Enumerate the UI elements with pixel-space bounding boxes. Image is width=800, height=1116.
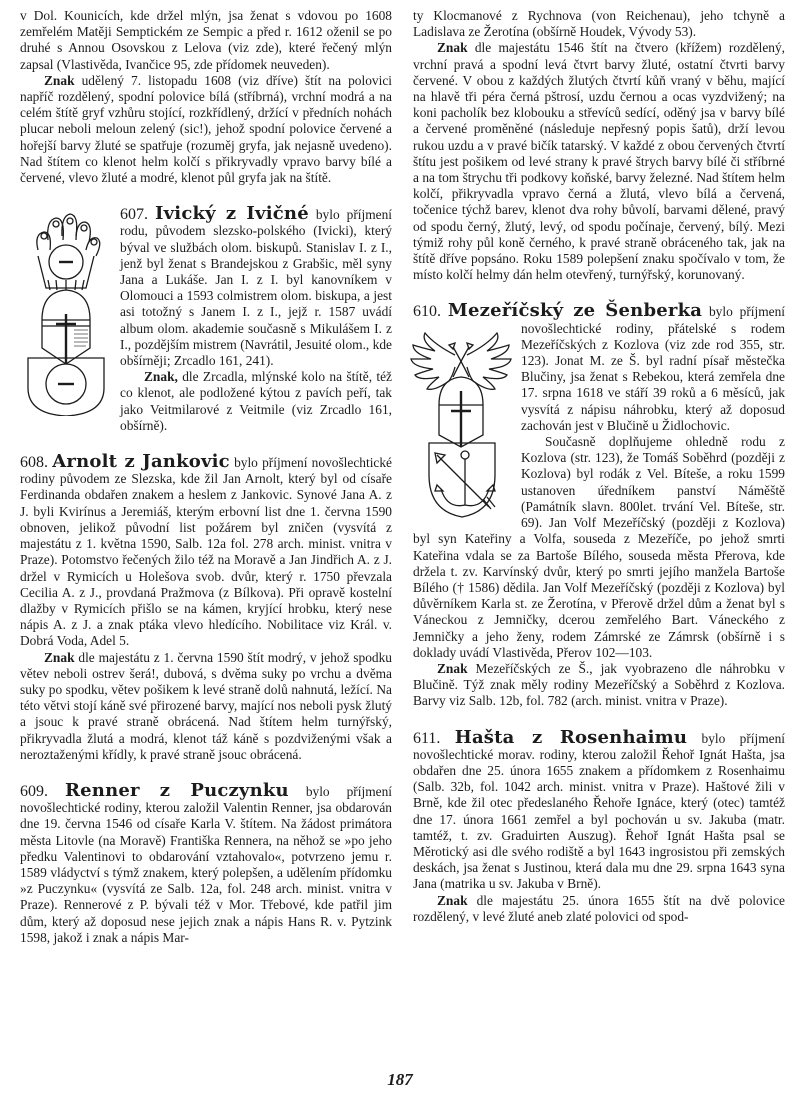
entry-family-name: Renner z Puczynku: [65, 780, 289, 801]
book-page: v Dol. Kounicích, kde držel mlýn, jsa že…: [0, 0, 800, 1116]
entry-text: 607. Ivický z Ivičné: [20, 206, 392, 369]
entry-number: 607.: [120, 206, 148, 223]
coat-of-arms-description: Znak dle majestátu z 1. června 1590 štít…: [20, 650, 392, 763]
coat-of-arms-illustration: [24, 210, 106, 416]
entry-609: 609. Renner z Puczynku bylo příjmení nov…: [20, 783, 392, 946]
znak-label: Znak: [44, 73, 75, 88]
znak-label: Znak,: [144, 369, 178, 384]
page-number: 187: [0, 1070, 800, 1090]
entry-610: 610. Mezeříčský ze Šenberka: [413, 303, 785, 709]
znak-label: Znak: [437, 40, 468, 55]
entry-number: 611.: [413, 730, 440, 747]
coat-of-arms-description: Znak Mezeříčských ze Š., jak vyobrazeno …: [413, 661, 785, 710]
right-column: ty Klocmanové z Rychnova (von Reichenau)…: [413, 8, 785, 925]
coat-of-arms-description: Znak udělený 7. listopadu 1608 (viz dřív…: [20, 73, 392, 186]
coat-of-arms-description: Znak dle majestátu 1546 štít na čtvero (…: [413, 40, 785, 283]
znak-label: Znak: [44, 650, 75, 665]
entry-family-name: Ivický z Ivičné: [155, 203, 309, 224]
entry-608: 608. Arnolt z Jankovic bylo příjmení nov…: [20, 454, 392, 763]
entry-text: 609. Renner z Puczynku bylo příjmení nov…: [20, 783, 392, 946]
znak-label: Znak: [437, 661, 468, 676]
znak-label: Znak: [437, 893, 468, 908]
entry-number: 608.: [20, 454, 48, 471]
entry-611: 611. Hašta z Rosenhaimu bylo příjmení no…: [413, 730, 785, 925]
entry-number: 609.: [20, 783, 48, 800]
helmet-gauntlet-mill-wheel-icon: [24, 210, 106, 416]
entry-number: 610.: [413, 303, 441, 320]
entry-text: 610. Mezeříčský ze Šenberka: [413, 303, 785, 434]
coat-of-arms-illustration: [409, 325, 513, 521]
entry-text: 608. Arnolt z Jankovic bylo příjmení nov…: [20, 454, 392, 649]
entry-family-name: Arnolt z Jankovic: [52, 451, 230, 472]
left-column: v Dol. Kounicích, kde držel mlýn, jsa že…: [20, 8, 392, 946]
entry-family-name: Mezeříčský ze Šenberka: [448, 300, 702, 321]
eagle-wings-helmet-anchor-icon: [409, 325, 513, 521]
coat-of-arms-description: Znak dle majestátu 25. února 1655 štít n…: [413, 893, 785, 925]
entry-607: 607. Ivický z Ivičné: [20, 206, 392, 434]
entry-text: 611. Hašta z Rosenhaimu bylo příjmení no…: [413, 730, 785, 893]
entry-family-name: Hašta z Rosenhaimu: [455, 727, 687, 748]
continuation-paragraph: ty Klocmanové z Rychnova (von Reichenau)…: [413, 8, 785, 40]
continuation-paragraph: v Dol. Kounicích, kde držel mlýn, jsa že…: [20, 8, 392, 73]
